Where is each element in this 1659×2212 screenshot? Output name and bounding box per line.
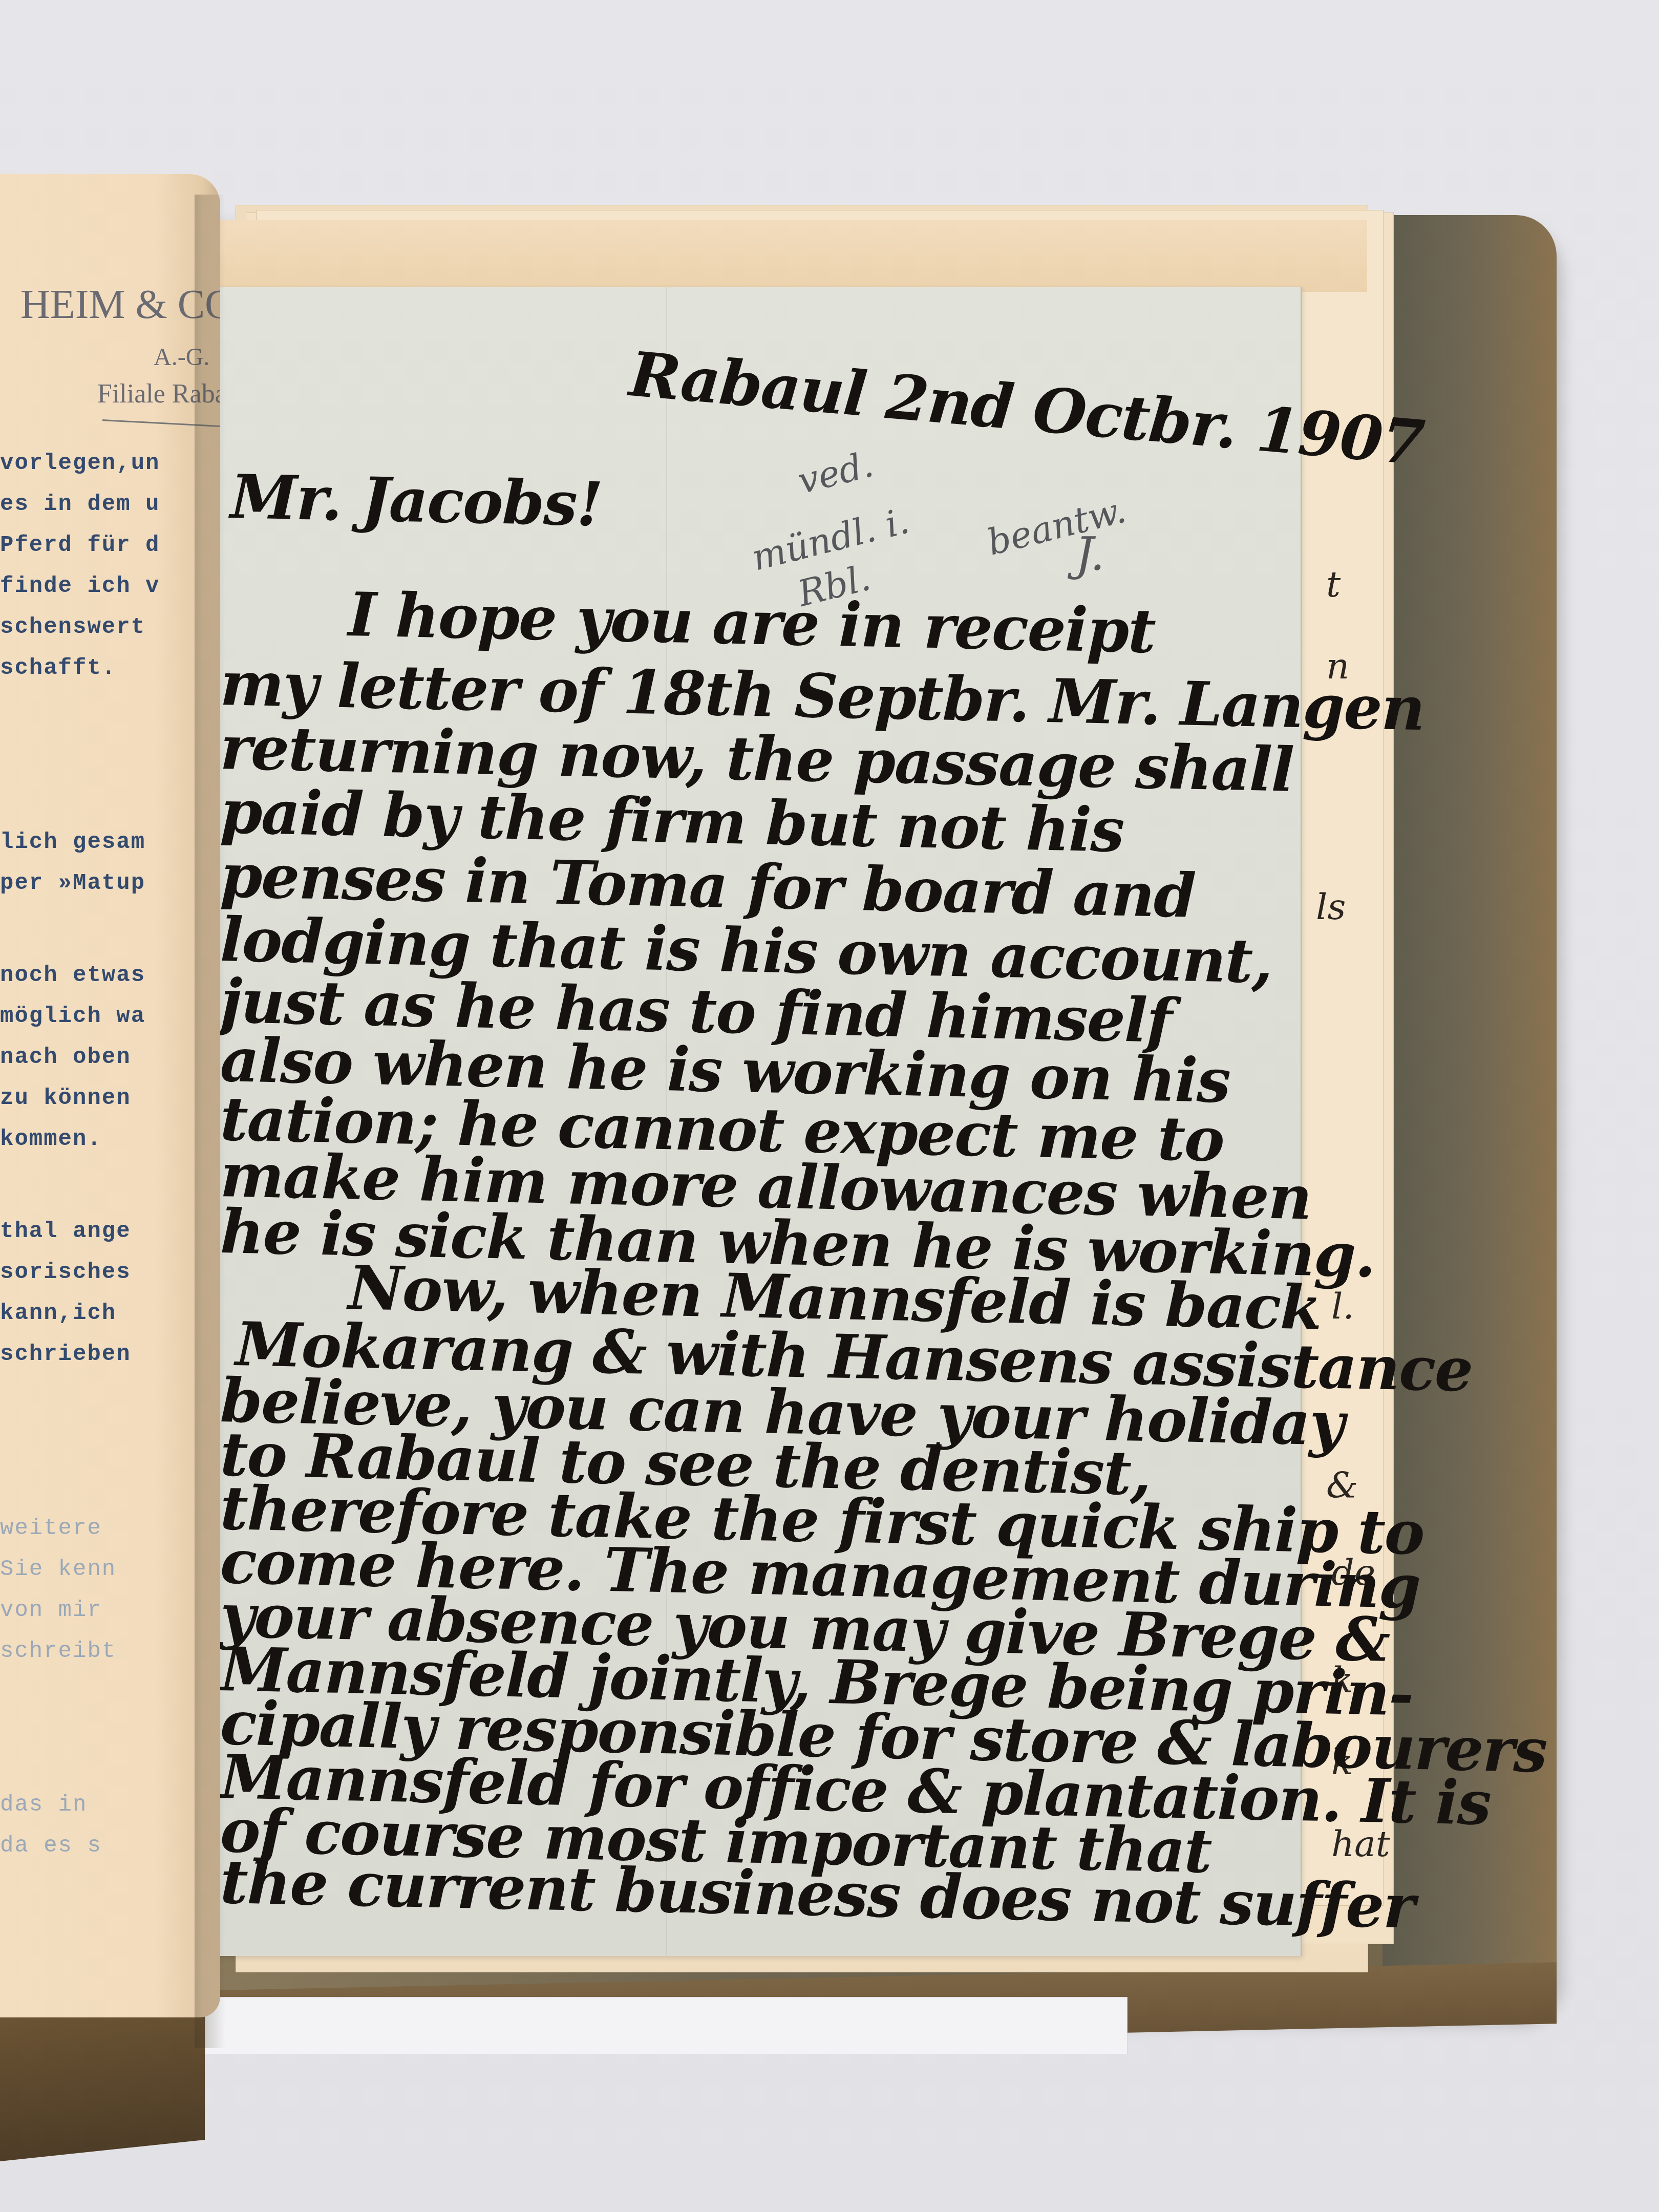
- typed-line: es in dem u: [0, 492, 160, 517]
- typed-line-faint: schreibt: [0, 1639, 116, 1664]
- typed-line: schrieben: [0, 1342, 131, 1367]
- typed-line: kommen.: [0, 1126, 102, 1152]
- typed-line-faint: da es s: [0, 1833, 102, 1859]
- typed-line: noch etwas: [0, 963, 145, 988]
- typed-line: lich gesam: [0, 829, 145, 855]
- typed-line: thal ange: [0, 1219, 131, 1244]
- typed-line: möglich wa: [0, 1004, 145, 1029]
- typed-line-faint: das in: [0, 1792, 87, 1818]
- typed-line: sorisches: [0, 1260, 131, 1285]
- gutter-shadow: [195, 195, 225, 2048]
- letter-salutation: Mr. Jacobs!: [230, 461, 603, 540]
- typed-line: Pferd für d: [0, 533, 160, 558]
- typed-line: finde ich v: [0, 573, 160, 599]
- typed-line-faint: weitere: [0, 1516, 102, 1541]
- typed-line: vorlegen,un: [0, 451, 160, 476]
- typed-line: nach oben: [0, 1045, 131, 1070]
- typed-line: zu können: [0, 1086, 131, 1111]
- letterhead-firm: HEIM & CO.: [20, 282, 220, 328]
- typed-line: kann,ich: [0, 1301, 116, 1326]
- typed-line: schafft.: [0, 655, 116, 681]
- typed-line: per »Matup: [0, 870, 145, 896]
- typed-line: schenswert: [0, 614, 145, 640]
- typed-line-faint: von mir: [0, 1598, 102, 1623]
- typed-line-faint: Sie kenn: [0, 1557, 116, 1582]
- paper-slip: [205, 1997, 1128, 2054]
- copybook-page: HEIM & CO. A.-G. Filiale Rabaul vorlegen…: [0, 174, 220, 2017]
- aged-page-top: [215, 220, 1367, 292]
